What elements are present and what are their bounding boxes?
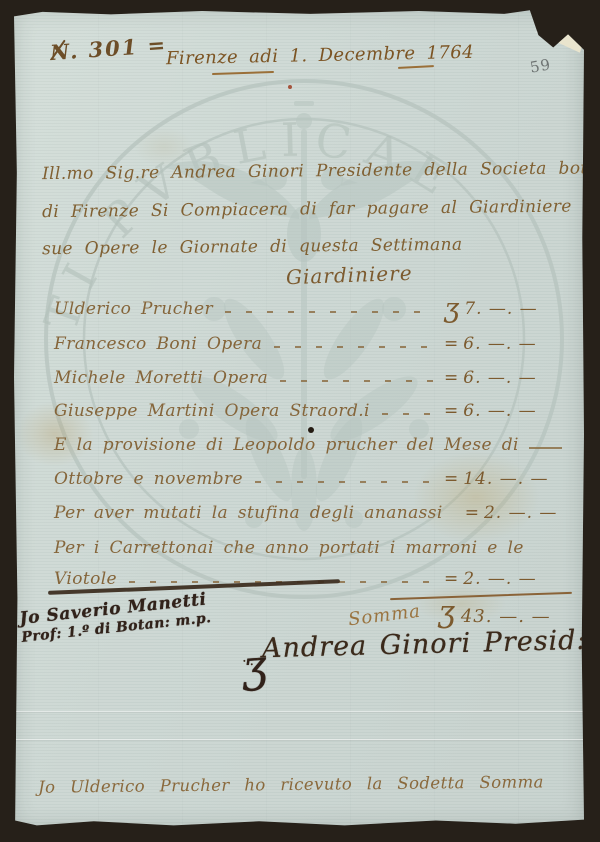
ledger-label: Per aver mutati la stufina degli ananass… bbox=[54, 503, 443, 523]
ledger-row: Giuseppe Martini Opera Straord.i =6. —. … bbox=[54, 401, 562, 421]
amount: 6. —. — bbox=[463, 334, 536, 354]
dotted-leader bbox=[274, 346, 434, 348]
currency-sign: = bbox=[444, 401, 458, 421]
fold-crease bbox=[14, 739, 584, 740]
paper-stain bbox=[412, 451, 540, 543]
ledger-label: Francesco Boni Opera bbox=[54, 334, 262, 354]
ink-blot bbox=[308, 427, 314, 433]
currency-sign: ʒ bbox=[438, 595, 455, 630]
currency-sign: = bbox=[444, 469, 458, 489]
paper-stain bbox=[134, 127, 194, 167]
signature-dots: ·.· bbox=[241, 650, 264, 671]
signature-ginori: Andrea Ginori Presid: bbox=[262, 625, 587, 664]
corner-fold bbox=[535, 13, 577, 33]
letter-line: sue Opere le Giornate di questa Settiman… bbox=[42, 235, 463, 259]
ledger-label: Ottobre e novembre bbox=[54, 469, 243, 489]
currency-sign: = bbox=[465, 503, 479, 523]
amount: 7. —. — bbox=[464, 299, 537, 319]
currency-sign: = bbox=[444, 334, 458, 354]
document-paper: TI PVBLICAE bbox=[14, 9, 584, 827]
signature-manetti: Jo Saverio Manetti Prof: 1.º di Botan: m… bbox=[19, 589, 212, 646]
sum-label: Somma bbox=[347, 601, 422, 631]
watermark-eagle bbox=[164, 101, 444, 479]
currency-sign: ʒ bbox=[444, 302, 459, 316]
ledger-row: E la provisione di Leopoldo prucher del … bbox=[54, 435, 562, 455]
amount: 2. —. — bbox=[463, 569, 536, 589]
sum-amount: ʒ 43. —. — bbox=[438, 595, 551, 630]
amount: 6. —. — bbox=[463, 401, 536, 421]
ledger-label: Ulderico Prucher bbox=[54, 299, 213, 319]
dotted-leader bbox=[255, 481, 434, 483]
amount: 6. —. — bbox=[463, 368, 536, 388]
currency-sign: = bbox=[444, 368, 458, 388]
photo-background: TI PVBLICAE bbox=[0, 0, 600, 842]
dotted-leader bbox=[225, 311, 434, 313]
ledger-row: Francesco Boni Opera =6. —. — bbox=[54, 334, 562, 354]
ledger-row: Ottobre e novembre =14. —. — bbox=[54, 469, 562, 489]
pen-dash bbox=[529, 447, 562, 449]
underline bbox=[212, 71, 274, 75]
amount: 2. —. — bbox=[484, 503, 557, 523]
ledger-row: Michele Moretti Opera =6. —. — bbox=[54, 368, 562, 388]
dotted-leader bbox=[280, 380, 434, 382]
ledger-label: Viotole bbox=[54, 569, 117, 589]
page-number: 59 bbox=[529, 55, 553, 76]
currency-sign: = bbox=[444, 569, 458, 589]
red-speck bbox=[288, 85, 292, 89]
ledger-label: Per i Carrettonai che anno portati i mar… bbox=[54, 538, 524, 558]
ledger-row: Per i Carrettonai che anno portati i mar… bbox=[54, 538, 562, 558]
ledger-label: E la provisione di Leopoldo prucher del … bbox=[54, 435, 519, 455]
document-number: N. 301 = bbox=[49, 32, 168, 65]
ledger-row: Per aver mutati la stufina degli ananass… bbox=[54, 503, 562, 523]
corner-fold bbox=[549, 25, 588, 54]
underline bbox=[398, 65, 434, 69]
receipt-line: Jo Ulderico Prucher ho ricevuto la Sodet… bbox=[38, 772, 544, 796]
ledger-label: Michele Moretti Opera bbox=[54, 368, 268, 388]
dotted-leader bbox=[382, 413, 434, 415]
fold-crease bbox=[14, 711, 584, 712]
ledger-label: Giuseppe Martini Opera Straord.i bbox=[54, 401, 370, 421]
ledger-row: Ulderico Prucher ʒ7. —. — bbox=[54, 299, 562, 319]
letter-line: di Firenze Si Compiacera di far pagare a… bbox=[42, 196, 600, 222]
letter-line: Ill.mo Sig.re Andrea Ginori Presidente d… bbox=[42, 158, 600, 184]
amount: 14. —. — bbox=[463, 469, 548, 489]
ledger-row: Viotole =2. —. — bbox=[54, 569, 562, 589]
section-heading: Giardiniere bbox=[286, 261, 413, 289]
